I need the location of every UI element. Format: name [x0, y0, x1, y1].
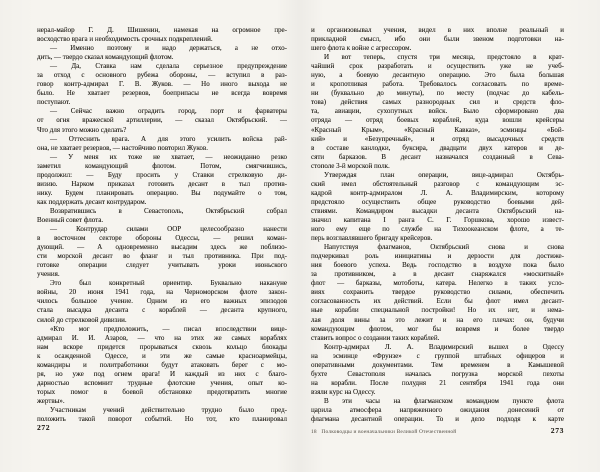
- text-line: торых помог в боевой обстановке предотвр…: [37, 388, 287, 397]
- text-line: Военный совет флота.: [37, 216, 287, 225]
- text-line: царила атмосфера напряженного ожидания д…: [311, 406, 564, 415]
- text-line: ствиями. Командиром высадки десанта Октя…: [311, 207, 564, 216]
- text-line: кий» и «Безупречный», и отряд высадочных…: [311, 135, 564, 144]
- text-line: силой до стрелковой дивизии.: [37, 316, 287, 325]
- text-line: визию. Нарком приказал готовить десант в…: [37, 180, 287, 189]
- text-line: прикладной смысл, ибо они были звеном по…: [311, 35, 564, 44]
- text-line: чилось большое учение. Одним из его важн…: [37, 297, 287, 306]
- text-line: това) действия самых разнородных сил и с…: [311, 98, 564, 107]
- text-line: ного ему еще по службе на Тихоокеанском …: [311, 225, 564, 234]
- right-page-text-column: и организовывал учения, видел в них впол…: [311, 26, 564, 424]
- text-line: лая доля вины за это лежит и на его плеч…: [311, 316, 564, 325]
- text-line: чайший срок разработать и осуществить уж…: [311, 62, 564, 71]
- text-line: — Именно поэтому и надо держаться, а не …: [37, 44, 287, 53]
- text-line: стополе 3-й морской полк.: [311, 162, 564, 171]
- left-page-number: 272: [37, 423, 50, 432]
- text-line: взяли курс на Одессу.: [311, 388, 564, 397]
- text-line: командиры и политработники будут атакова…: [37, 361, 287, 370]
- text-line: ставить вопрос о создании таких кораблей…: [311, 334, 564, 343]
- text-line: и организовывал учения, видел в них впол…: [311, 26, 564, 35]
- text-line: жертвы».: [37, 397, 287, 406]
- text-line: флагмана десантной операции. То и дело п…: [311, 415, 564, 424]
- text-line: та, авиации, сухопутных войск. Было сфор…: [311, 107, 564, 116]
- text-line: на эсминце «Фрунзе» с группой штабных оф…: [311, 352, 564, 361]
- text-line: восходство врага и необходимость срочных…: [37, 35, 287, 44]
- series-signature-note: 18 Полководцы и военачальники Великой От…: [311, 429, 456, 435]
- text-line: командующим флотом, мог бы вовремя и бол…: [311, 325, 564, 334]
- text-line: продолжил: — Буду просить у Ставки стрел…: [37, 171, 287, 180]
- text-line: войны, 20 июня 1941 года, на Черноморско…: [37, 288, 287, 297]
- text-line: сти морской десант во фланг и тыл против…: [37, 252, 287, 261]
- text-line: в составе канлодки, буксира, двадцати дв…: [311, 144, 564, 153]
- text-line: к осажденной Одессе, и эти же самые крас…: [37, 352, 287, 361]
- text-line: дующий. — А одновременно высадим здесь ж…: [37, 243, 287, 252]
- text-line: дить, — твердо сказал командующий флотом…: [37, 53, 287, 62]
- text-line: Напутствуя флагманов, Октябрьский снова …: [311, 243, 564, 252]
- text-line: ния боевого успеха. Ведь господство в во…: [311, 261, 564, 270]
- text-line: отряда — отряд боевых кораблей, куда вош…: [311, 116, 564, 125]
- text-line: — Сейчас важно оградить город, порт и фа…: [37, 107, 287, 116]
- text-line: от огня вражеской артиллерии, — сказал О…: [37, 116, 287, 125]
- text-line: шего флота к войне с агрессором.: [311, 44, 564, 53]
- text-line: учения.: [37, 270, 287, 279]
- text-line: — Оттеснить врага. А для этого усилить в…: [37, 135, 287, 144]
- text-line: в восточном секторе обороны Одессы, — ре…: [37, 234, 287, 243]
- text-line: было. Не хватает резервов, боеприпасы не…: [37, 89, 287, 98]
- text-line: Что для этого можно сделать?: [37, 126, 287, 135]
- text-line: ную, а боевую десантную операцию. Это бы…: [311, 71, 564, 80]
- text-line: — Да, Ставка нам сделала серьезное преду…: [37, 62, 287, 71]
- right-page-number: 273: [551, 426, 564, 435]
- text-line: заметил командующий флотом. Потом, смягч…: [37, 162, 287, 171]
- text-line: «Красный Крым», «Красный Кавказ», эсминц…: [311, 126, 564, 135]
- left-page-text-column: нерал-майор Г. Д. Шишенин, намекая на ог…: [37, 26, 287, 424]
- text-line: значил капитана I ранга С. Г. Горшкова, …: [311, 216, 564, 225]
- text-line: И вот теперь, спустя три месяца, предсто…: [311, 53, 564, 62]
- text-line: сяти барказов. В десант назначался созда…: [311, 153, 564, 162]
- text-line: дарностью вспомнит трудные флотские учен…: [37, 379, 287, 388]
- text-line: стала высадка десанта с кораблей — десан…: [37, 306, 287, 315]
- text-line: на корабли. После полудня 21 сентября 19…: [311, 379, 564, 388]
- text-line: ря, но уже под огнем врага! И каждый из …: [37, 370, 287, 379]
- text-line: и кропотливая работа. Требовалось соглас…: [311, 80, 564, 89]
- text-line: Контр-адмирал Л. А. Владимирский вышел в…: [311, 343, 564, 352]
- text-line: положить такой поворот событий. Но тот, …: [37, 415, 287, 424]
- text-line: В эти часы на флагманском командном пунк…: [311, 397, 564, 406]
- text-line: подчеркивал роль инициативы и дерзости д…: [311, 252, 564, 261]
- book-spread-scan: нерал-майор Г. Д. Шишенин, намекая на ог…: [0, 0, 600, 472]
- text-line: ский имел обстоятельный разговор с коман…: [311, 180, 564, 189]
- text-line: предстояло осуществить общее руководство…: [311, 198, 564, 207]
- text-line: как поддержать десант контрударом.: [37, 198, 287, 207]
- text-line: говор контр-адмирал Г. В. Жуков. — Но ин…: [37, 80, 287, 89]
- text-line: перь возглавлявшего бригаду крейсеров.: [311, 234, 564, 243]
- text-line: — У меня их тоже не хватает, — неожиданн…: [37, 153, 287, 162]
- text-line: согласованность их действий. Если бы фло…: [311, 297, 564, 306]
- text-line: нику. Будем планировать операцию. Вы под…: [37, 189, 287, 198]
- text-line: адмирал И. И. Азаров, — что на этих же с…: [37, 334, 287, 343]
- text-line: флот — барказы, мотоботы, катера. Нелегк…: [311, 279, 564, 288]
- text-line: нам вскоре придется прорываться сквозь к…: [37, 343, 287, 352]
- text-line: ные корабли специальной постройки! Но их…: [311, 306, 564, 315]
- text-line: за противником, а в десант снаряжался «м…: [311, 270, 564, 279]
- text-line: Это был конкретный ориентир. Буквально н…: [37, 279, 287, 288]
- text-line: кадрой контр-адмиралом Л. А. Владимирски…: [311, 189, 564, 198]
- text-line: нерал-майор Г. Д. Шишенин, намекая на ог…: [37, 26, 287, 35]
- text-line: оперативными документами. Тем временем в…: [311, 361, 564, 370]
- right-page-footer: 18 Полководцы и военачальники Великой От…: [311, 426, 564, 435]
- text-line: «Кто мог предположить, — писал впоследст…: [37, 325, 287, 334]
- text-line: — Контрудар силами ООР целесообразно нан…: [37, 225, 287, 234]
- text-line: она, не хватает резервов, — настойчиво п…: [37, 144, 287, 153]
- text-line: готовке операции следует учитывать уроки…: [37, 261, 287, 270]
- text-line: поступают.: [37, 98, 287, 107]
- text-line: виях сохранить твердое руководство силам…: [311, 288, 564, 297]
- text-line: Участникам учений действительно трудно б…: [37, 406, 287, 415]
- text-line: Утверждая план операции, вице-адмирал Ок…: [311, 171, 564, 180]
- text-line: ни (буквально до минуты), по месту (подч…: [311, 89, 564, 98]
- text-line: за отход с основного рубежа обороны, — в…: [37, 71, 287, 80]
- text-line: бухте Севастополя началась погрузка морс…: [311, 370, 564, 379]
- text-line: Возвратившись в Севастополь, Октябрьский…: [37, 207, 287, 216]
